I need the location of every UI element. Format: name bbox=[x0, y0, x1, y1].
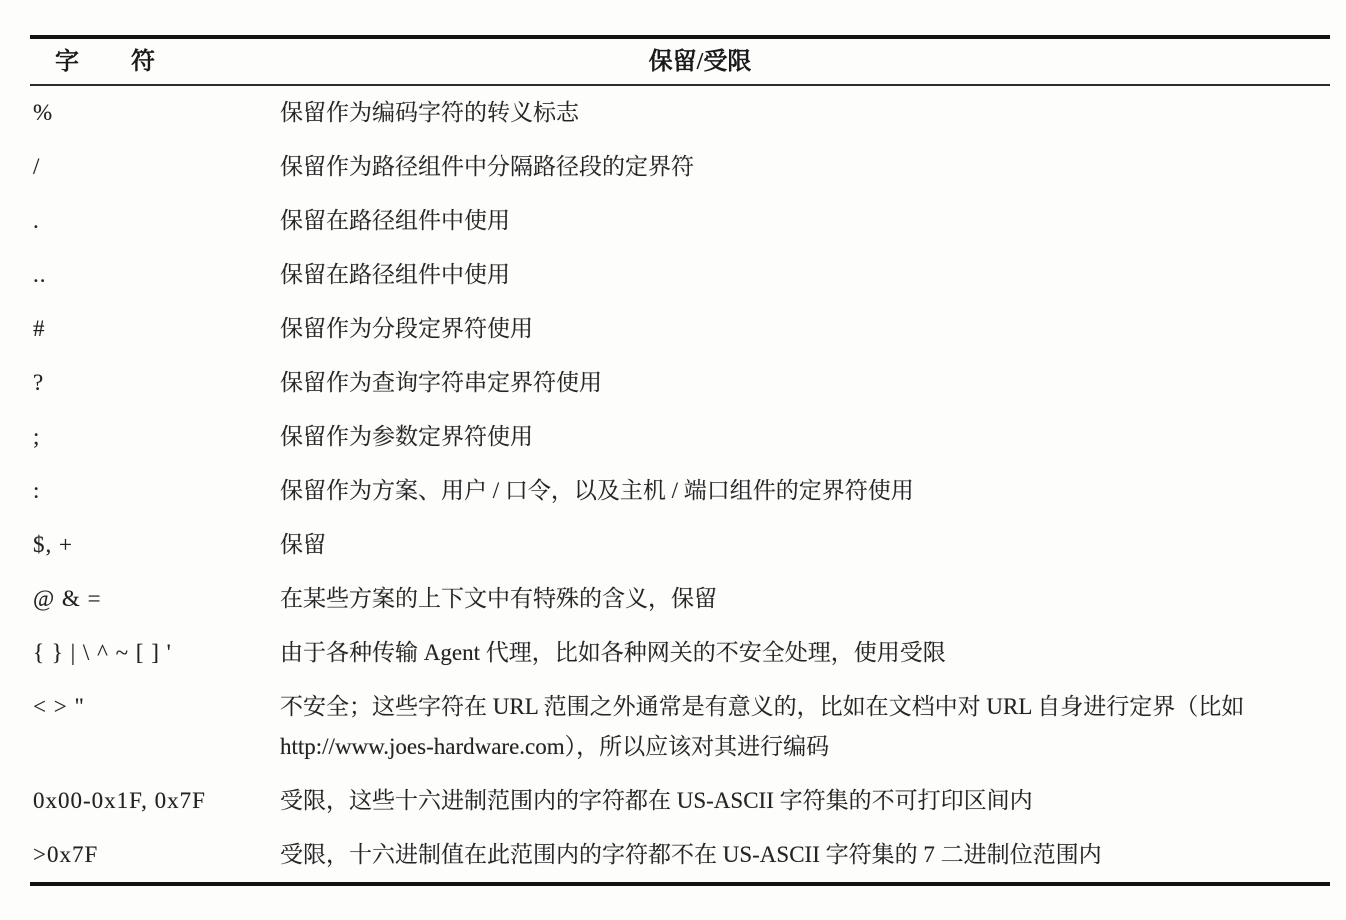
table-row: >0x7F受限，十六进制值在此范围内的字符都不在 US-ASCII 字符集的 7… bbox=[30, 828, 1330, 882]
table-row: #保留作为分段定界符使用 bbox=[30, 302, 1330, 356]
table-row: < > "不安全；这些字符在 URL 范围之外通常是有意义的，比如在文档中对 U… bbox=[30, 680, 1330, 774]
character-cell: < > " bbox=[30, 687, 280, 767]
table-row: %保留作为编码字符的转义标志 bbox=[30, 86, 1330, 140]
reserved-restricted-cell: 保留作为参数定界符使用 bbox=[280, 417, 1330, 457]
table-body: %保留作为编码字符的转义标志/保留作为路径组件中分隔路径段的定界符.保留在路径组… bbox=[30, 86, 1330, 886]
url-reserved-characters-table: 字 符 保留/受限 %保留作为编码字符的转义标志/保留作为路径组件中分隔路径段的… bbox=[30, 35, 1330, 886]
table-row: $, +保留 bbox=[30, 518, 1330, 572]
scanned-book-page: 字 符 保留/受限 %保留作为编码字符的转义标志/保留作为路径组件中分隔路径段的… bbox=[0, 0, 1346, 920]
reserved-restricted-cell: 保留作为分段定界符使用 bbox=[280, 309, 1330, 349]
table-row: ..保留在路径组件中使用 bbox=[30, 248, 1330, 302]
reserved-restricted-cell: 保留作为查询字符串定界符使用 bbox=[280, 363, 1330, 403]
character-cell: @ & = bbox=[30, 579, 280, 619]
header-reserved-restricted-column: 保留/受限 bbox=[30, 39, 1330, 86]
character-cell: { } | \ ^ ~ [ ] ' bbox=[30, 633, 280, 673]
character-cell: . bbox=[30, 201, 280, 241]
table-row: /保留作为路径组件中分隔路径段的定界符 bbox=[30, 140, 1330, 194]
table-row: ;保留作为参数定界符使用 bbox=[30, 410, 1330, 464]
character-cell: 0x00-0x1F, 0x7F bbox=[30, 781, 280, 821]
table-row: 0x00-0x1F, 0x7F受限，这些十六进制范围内的字符都在 US-ASCI… bbox=[30, 774, 1330, 828]
table-row: { } | \ ^ ~ [ ] '由于各种传输 Agent 代理，比如各种网关的… bbox=[30, 626, 1330, 680]
reserved-restricted-cell: 保留作为编码字符的转义标志 bbox=[280, 93, 1330, 133]
reserved-restricted-cell: 在某些方案的上下文中有特殊的含义，保留 bbox=[280, 579, 1330, 619]
header-character-column: 字 符 bbox=[55, 39, 169, 86]
table-row: :保留作为方案、用户 / 口令，以及主机 / 端口组件的定界符使用 bbox=[30, 464, 1330, 518]
character-cell: ; bbox=[30, 417, 280, 457]
character-cell: % bbox=[30, 93, 280, 133]
character-cell: # bbox=[30, 309, 280, 349]
reserved-restricted-cell: 受限，这些十六进制范围内的字符都在 US-ASCII 字符集的不可打印区间内 bbox=[280, 781, 1330, 821]
character-cell: >0x7F bbox=[30, 835, 280, 875]
reserved-restricted-cell: 保留 bbox=[280, 525, 1330, 565]
reserved-restricted-cell: 保留在路径组件中使用 bbox=[280, 201, 1330, 241]
character-cell: $, + bbox=[30, 525, 280, 565]
table-header-row: 字 符 保留/受限 bbox=[30, 35, 1330, 86]
reserved-restricted-cell: 由于各种传输 Agent 代理，比如各种网关的不安全处理，使用受限 bbox=[280, 633, 1330, 673]
reserved-restricted-cell: 受限，十六进制值在此范围内的字符都不在 US-ASCII 字符集的 7 二进制位… bbox=[280, 835, 1330, 875]
reserved-restricted-cell: 保留在路径组件中使用 bbox=[280, 255, 1330, 295]
table-row: .保留在路径组件中使用 bbox=[30, 194, 1330, 248]
reserved-restricted-cell: 保留作为方案、用户 / 口令，以及主机 / 端口组件的定界符使用 bbox=[280, 471, 1330, 511]
reserved-restricted-cell: 保留作为路径组件中分隔路径段的定界符 bbox=[280, 147, 1330, 187]
table-row: ?保留作为查询字符串定界符使用 bbox=[30, 356, 1330, 410]
character-cell: : bbox=[30, 471, 280, 511]
reserved-restricted-cell: 不安全；这些字符在 URL 范围之外通常是有意义的，比如在文档中对 URL 自身… bbox=[280, 687, 1330, 767]
character-cell: .. bbox=[30, 255, 280, 295]
character-cell: ? bbox=[30, 363, 280, 403]
table-row: @ & =在某些方案的上下文中有特殊的含义，保留 bbox=[30, 572, 1330, 626]
character-cell: / bbox=[30, 147, 280, 187]
